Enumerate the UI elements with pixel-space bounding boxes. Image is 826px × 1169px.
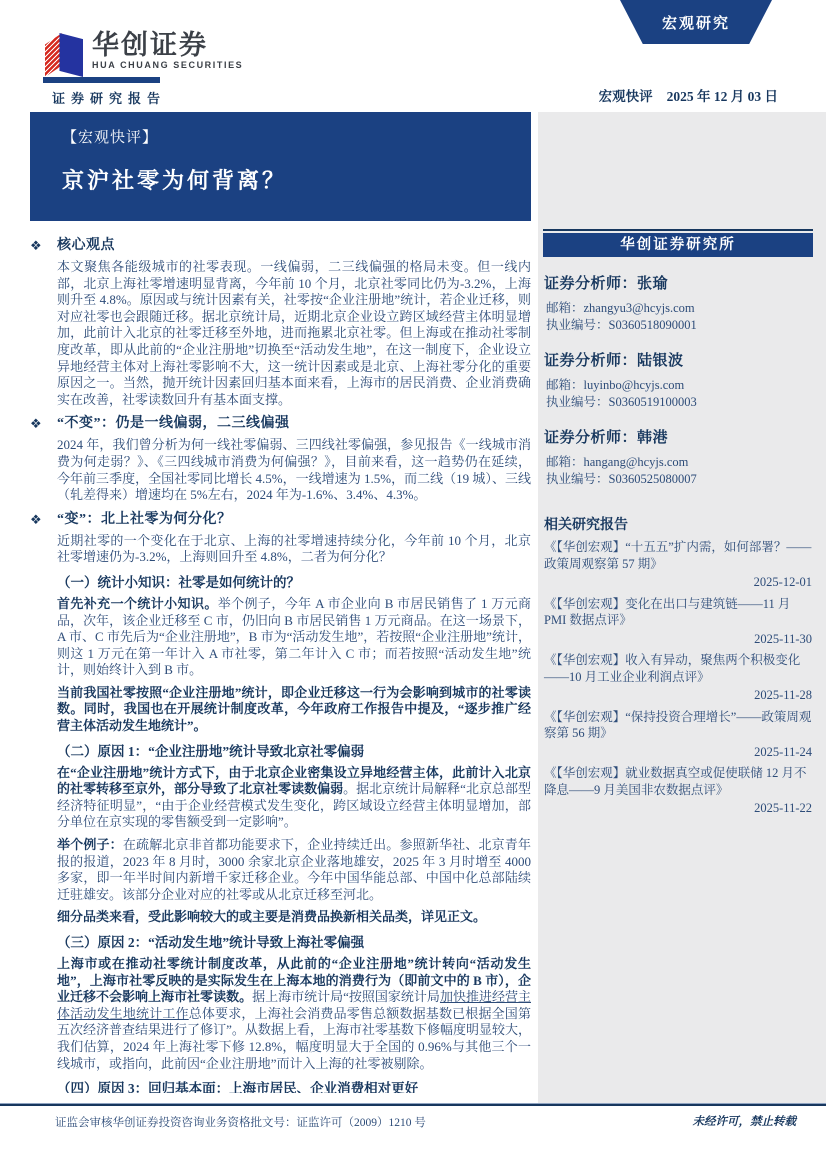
related-report-item[interactable]: 《【华创宏观】收入有异动，聚焦两个积极变化——10 月工业企业利润点评》2025…	[544, 652, 812, 704]
related-report-title[interactable]: 《【华创宏观】“保持投资合理增长”——政策周观察第 56 期》	[544, 710, 811, 741]
diamond-bullet-icon: ❖	[30, 236, 57, 255]
paragraph: 细分品类来看，受此影响较大的或主要是消费品换新相关品类，详见正文。	[57, 909, 531, 926]
related-report-date: 2025-11-30	[544, 631, 812, 648]
series-date: 宏观快评2025 年 12 月 03 日	[599, 85, 778, 105]
related-report-date: 2025-11-24	[544, 744, 812, 761]
banner-series-tag: 【宏观快评】	[62, 126, 158, 147]
related-report-item[interactable]: 《【华创宏观】“保持投资合理增长”——政策周观察第 56 期》2025-11-2…	[544, 709, 812, 761]
paragraph: 举个例子：在疏解北京非首都功能要求下，企业持续迁出。参照新华社、北京青年报的报道…	[57, 837, 531, 903]
text-run: 近期社零的一个变化在于北京、上海的社零增速持续分化，今年前 10 个月，北京社零…	[57, 533, 531, 565]
analyst-name: 证券分析师：韩港	[544, 426, 812, 447]
analyst-list: 证券分析师：张瑜邮箱：zhangyu3@hcyjs.com执业编号：S03605…	[538, 272, 826, 488]
institute-rule	[543, 229, 813, 231]
section-heading: ❖核心观点	[30, 236, 531, 255]
series-label: 宏观快评	[599, 89, 653, 104]
analyst-license: 执业编号：S0360518090001	[544, 317, 812, 334]
report-type-label: 证券研究报告	[52, 88, 166, 107]
related-report-title[interactable]: 《【华创宏观】收入有异动，聚焦两个积极变化——10 月工业企业利润点评》	[544, 653, 800, 684]
diamond-bullet-icon: ❖	[30, 510, 57, 529]
report-page: 华创证券 HUA CHUANG SECURITIES 证券研究报告 宏观研究 宏…	[0, 0, 826, 1169]
related-report-title[interactable]: 《【华创宏观】变化在出口与建筑链——11 月 PMI 数据点评》	[544, 597, 790, 628]
logo-company-name-en: HUA CHUANG SECURITIES	[92, 60, 243, 70]
paragraph: 上海市或在推动社零统计制度改革，从此前的“企业注册地”统计转向“活动发生地”，上…	[57, 956, 531, 1072]
report-body: ❖核心观点本文聚焦各能级城市的社零表现。一线偏弱，二三线偏强的格局未变。但一线内…	[30, 231, 531, 1093]
section-heading-text: 核心观点	[57, 236, 115, 255]
company-logo: 华创证券 HUA CHUANG SECURITIES	[45, 30, 243, 77]
paragraph: 近期社零的一个变化在于北京、上海的社零增速持续分化，今年前 10 个月，北京社零…	[57, 533, 531, 566]
analyst-license: 执业编号：S0360519100003	[544, 394, 812, 411]
text-run: 举个例子：	[57, 837, 123, 852]
related-reports-title: 相关研究报告	[544, 514, 812, 534]
paragraph: 在“企业注册地”统计方式下，由于北京企业密集设立异地经营主体，此前计入北京的社零…	[57, 765, 531, 831]
logo-underline-bar	[43, 77, 160, 83]
section-heading: ❖“不变”：仍是一线偏弱，二三线偏强	[30, 414, 531, 433]
sub-section-heading: （三）原因 2：“活动发生地”统计导致上海社零偏强	[57, 933, 531, 952]
page-title: 京沪社零为何背离？	[62, 164, 287, 195]
section-heading: ❖“变”：北上社零为何分化？	[30, 510, 531, 529]
analyst-name: 证券分析师：陆银波	[544, 349, 812, 370]
institute-name: 华创证券研究所	[543, 233, 813, 257]
analyst-email: 邮箱：zhangyu3@hcyjs.com	[544, 300, 812, 317]
text-run: 据上海市统计局“按照国家统计局	[252, 989, 440, 1004]
sub-section-heading: （四）原因 3：回归基本面：上海市居民、企业消费相对更好	[57, 1079, 531, 1093]
institute-header: 华创证券研究所	[543, 229, 813, 257]
analyst-email: 邮箱：luyinbo@hcyjs.com	[544, 377, 812, 394]
section-heading-text: “变”：北上社零为何分化？	[57, 510, 232, 529]
analyst-block: 证券分析师：张瑜邮箱：zhangyu3@hcyjs.com执业编号：S03605…	[544, 272, 812, 334]
text-run: 2024 年，我们曾分析为何一线社零偏弱、三四线社零偏强，参见报告《一线城市消费…	[57, 437, 531, 502]
sub-section-heading: （二）原因 1：“企业注册地”统计导致北京社零偏弱	[57, 742, 531, 761]
logo-company-name: 华创证券	[92, 30, 243, 60]
logo-cube-icon	[45, 33, 83, 77]
text-run: 本文聚焦各能级城市的社零表现。一线偏弱，二三线偏强的格局未变。但一线内部，北京上…	[57, 259, 531, 407]
analyst-name: 证券分析师：张瑜	[544, 272, 812, 293]
title-banner: 【宏观快评】 京沪社零为何背离？	[30, 112, 531, 221]
related-report-date: 2025-11-28	[544, 687, 812, 704]
related-reports: 相关研究报告 《【华创宏观】“十五五”扩内需，如何部署？——政策周观察第 57 …	[544, 514, 812, 817]
related-report-item[interactable]: 《【华创宏观】“十五五”扩内需，如何部署？——政策周观察第 57 期》2025-…	[544, 539, 812, 591]
analyst-block: 证券分析师：陆银波邮箱：luyinbo@hcyjs.com执业编号：S03605…	[544, 349, 812, 411]
paragraph: 本文聚焦各能级城市的社零表现。一线偏弱，二三线偏强的格局未变。但一线内部，北京上…	[57, 259, 531, 408]
analyst-license: 执业编号：S0360525080007	[544, 471, 812, 488]
analyst-block: 证券分析师：韩港邮箱：hangang@hcyjs.com执业编号：S036052…	[544, 426, 812, 488]
footer-copyright-text: 未经许可，禁止转载	[693, 1113, 797, 1129]
related-report-title[interactable]: 《【华创宏观】就业数据真空或促使联储 12 月不降息——9 月美国非农数据点评》	[544, 766, 807, 797]
analyst-email: 邮箱：hangang@hcyjs.com	[544, 454, 812, 471]
text-run: 在疏解北京非首都功能要求下，企业持续迁出。参照新华社、北京青年报的报道，2023…	[57, 837, 531, 902]
category-badge: 宏观研究	[620, 0, 772, 44]
paragraph: 2024 年，我们曾分析为何一线社零偏弱、三四线社零偏强，参见报告《一线城市消费…	[57, 437, 531, 503]
report-date: 2025 年 12 月 03 日	[667, 89, 778, 104]
related-report-date: 2025-11-22	[544, 800, 812, 817]
text-run: 首先补充一个统计小知识。	[57, 596, 218, 611]
sidebar: 华创证券研究所 证券分析师：张瑜邮箱：zhangyu3@hcyjs.com执业编…	[538, 112, 826, 1103]
section-heading-text: “不变”：仍是一线偏弱，二三线偏强	[57, 414, 290, 433]
related-report-item[interactable]: 《【华创宏观】就业数据真空或促使联储 12 月不降息——9 月美国非农数据点评》…	[544, 765, 812, 817]
footer-license-text: 证监会审核华创证券投资咨询业务资格批文号：证监许可（2009）1210 号	[55, 1114, 426, 1130]
sub-section-heading: （一）统计小知识：社零是如何统计的？	[57, 573, 531, 592]
footer-rule	[0, 1103, 826, 1106]
related-report-date: 2025-12-01	[544, 574, 812, 591]
related-report-item[interactable]: 《【华创宏观】变化在出口与建筑链——11 月 PMI 数据点评》2025-11-…	[544, 596, 812, 648]
related-report-list: 《【华创宏观】“十五五”扩内需，如何部署？——政策周观察第 57 期》2025-…	[544, 539, 812, 817]
paragraph: 首先补充一个统计小知识。举个例子，今年 A 市企业向 B 市居民销售了 1 万元…	[57, 596, 531, 679]
related-report-title[interactable]: 《【华创宏观】“十五五”扩内需，如何部署？——政策周观察第 57 期》	[544, 540, 811, 571]
diamond-bullet-icon: ❖	[30, 414, 57, 433]
paragraph: 当前我国社零按照“企业注册地”统计，即企业迁移这一行为会影响到城市的社零读数。同…	[57, 685, 531, 735]
text-run: 当前我国社零按照“企业注册地”统计，即企业迁移这一行为会影响到城市的社零读数。同…	[57, 685, 531, 733]
text-run: 细分品类来看，受此影响较大的或主要是消费品换新相关品类，详见正文。	[57, 909, 486, 924]
